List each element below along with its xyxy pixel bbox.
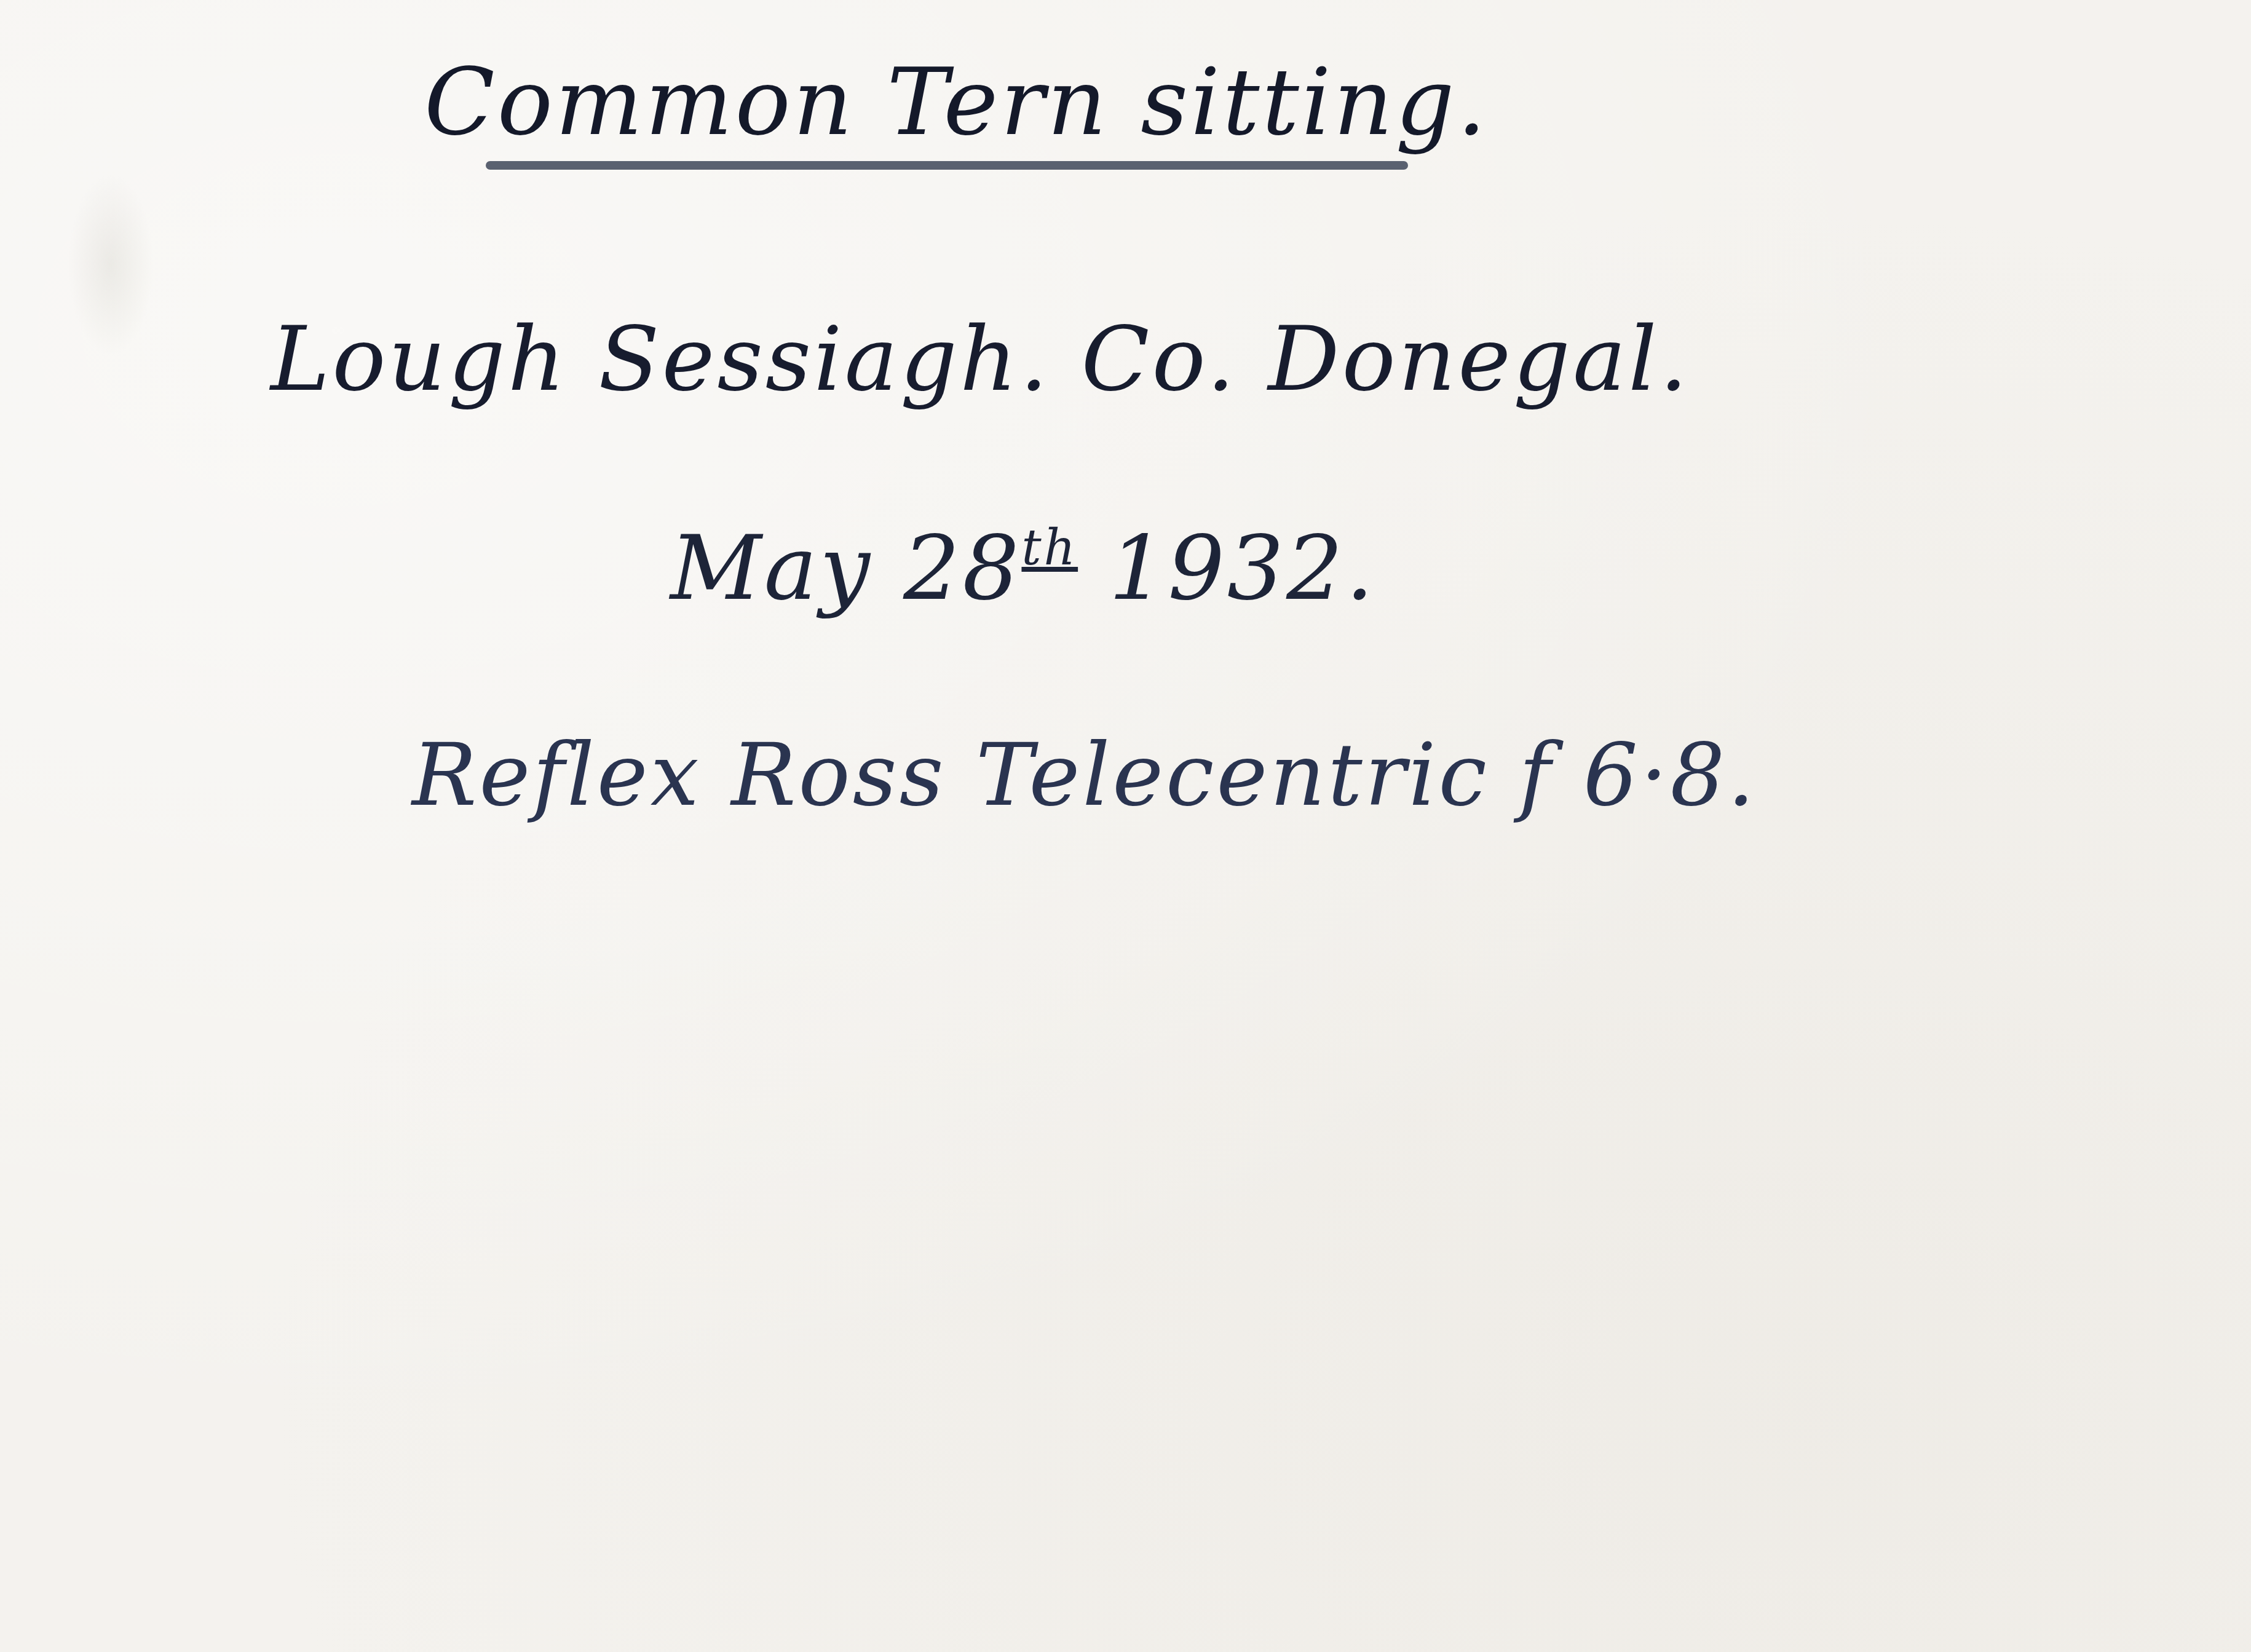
title-underline [486,161,1408,170]
paper-smudge [68,172,154,357]
date-month-day: May 28 [670,516,1021,620]
equipment-line: Reflex Ross Telecentric f 6·8. [412,725,1757,826]
note-title: Common Tern sitting. [424,49,1489,156]
date-ordinal: th [1021,519,1078,576]
location-line: Lough Sessiagh. Co. Donegal. [271,307,1690,411]
date-year: 1932. [1109,516,1376,620]
note-card: Common Tern sitting. Lough Sessiagh. Co.… [0,0,2251,1652]
date-line: May 28th 1932. [670,516,1376,620]
